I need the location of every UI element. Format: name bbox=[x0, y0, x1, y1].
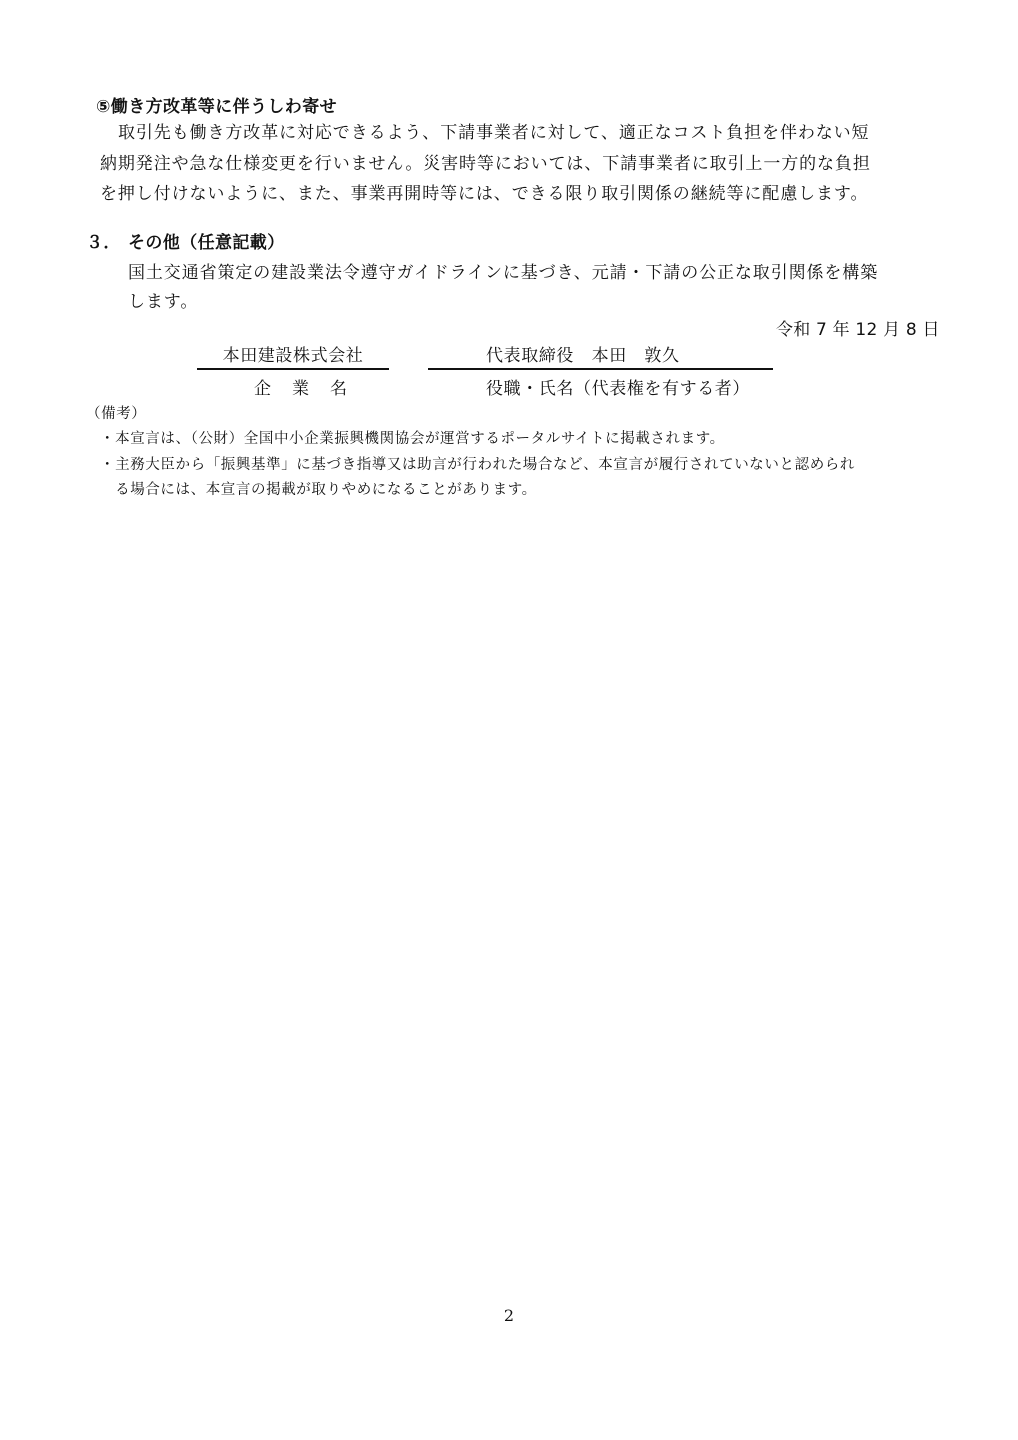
remarks-item-1: ・本宣言は、（公財）全国中小企業振興機関協会が運営するポータルサイトに掲載されま… bbox=[100, 429, 725, 449]
section3-heading: その他（任意記載） bbox=[128, 232, 285, 254]
company-name-field: 本田建設株式会社 bbox=[197, 345, 389, 367]
section5-heading: ⑤働き方改革等に伴うしわ寄せ bbox=[96, 96, 337, 118]
section3-paragraph-line-2: します。 bbox=[128, 291, 198, 313]
section5-paragraph-line-1: 取引先も働き方改革に対応できるよう、下請事業者に対して、適正なコスト負担を伴わな… bbox=[118, 122, 869, 144]
section5-paragraph-line-3: を押し付けないように、また、事業再開時等には、できる限り取引関係の継続等に配慮し… bbox=[100, 183, 868, 205]
document-page: ⑤働き方改革等に伴うしわ寄せ 取引先も働き方改革に対応できるよう、下請事業者に対… bbox=[0, 0, 1018, 1440]
page-number: 2 bbox=[0, 1306, 1018, 1325]
remarks-heading: （備考） bbox=[86, 404, 146, 424]
section5-paragraph-line-2: 納期発注や急な仕様変更を行いません。災害時等においては、下請事業者に取引上一方的… bbox=[100, 153, 871, 175]
company-name-label: 企 業 名 bbox=[254, 378, 349, 400]
representative-label: 役職・氏名（代表権を有する者） bbox=[486, 378, 750, 400]
section3-paragraph-line-1: 国土交通省策定の建設業法令遵守ガイドラインに基づき、元請・下請の公正な取引関係を… bbox=[128, 262, 878, 284]
remarks-item-2-continued: る場合には、本宣言の掲載が取りやめになることがあります。 bbox=[100, 480, 537, 500]
declaration-date: 令和 7 年 12 月 8 日 bbox=[776, 319, 940, 341]
representative-underline bbox=[428, 368, 773, 370]
company-name: 本田建設株式会社 bbox=[197, 345, 389, 367]
company-name-underline bbox=[197, 368, 389, 370]
representative-name: 代表取締役 本田 敦久 bbox=[486, 345, 680, 367]
section3-number: ３． bbox=[86, 232, 121, 254]
remarks-item-2: ・主務大臣から「振興基準」に基づき指導又は助言が行われた場合など、本宣言が履行さ… bbox=[100, 455, 855, 475]
